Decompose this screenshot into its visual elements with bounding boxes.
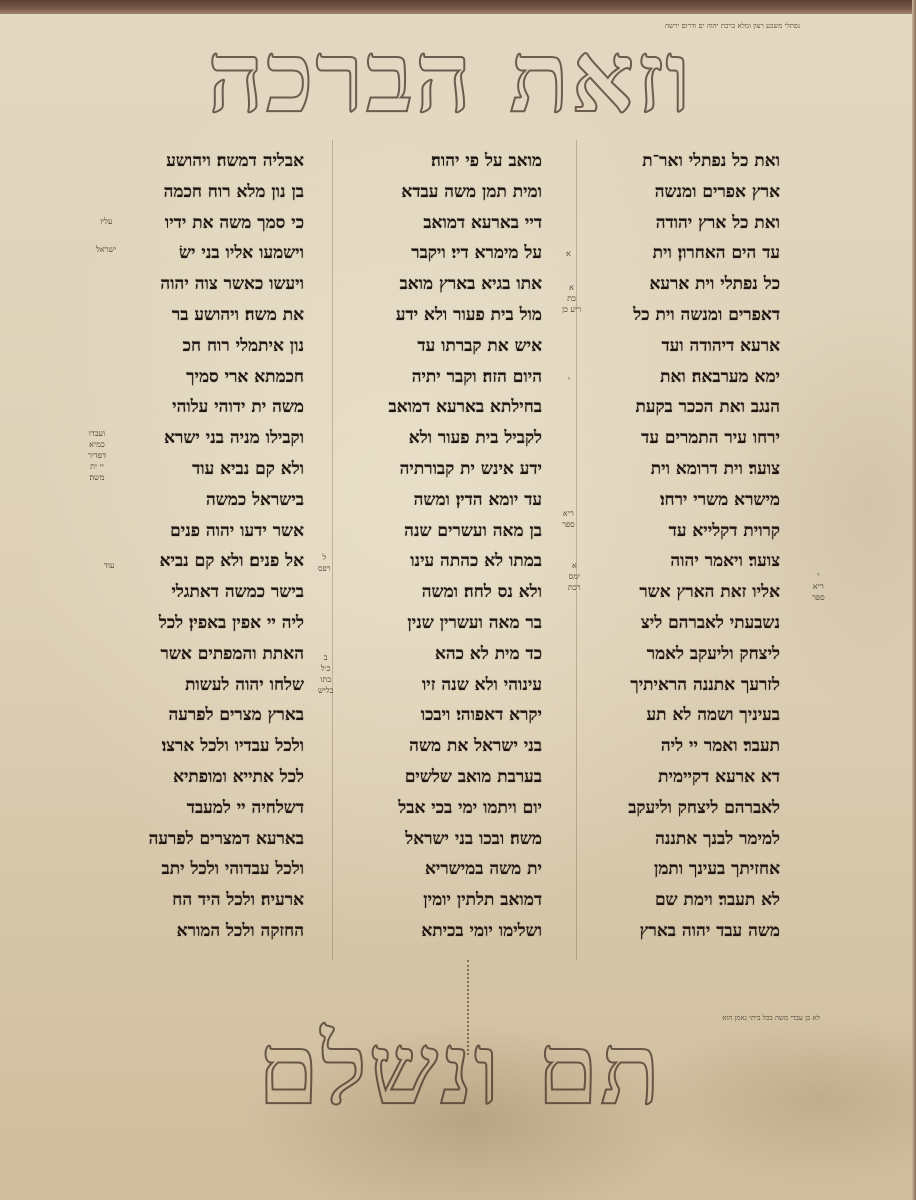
text-line: מול בית פעור ולא ידע bbox=[362, 300, 542, 331]
text-column-left: אבליה דמשה׃ ויהושע בן נון מלא רוח חכמה כ… bbox=[124, 146, 304, 947]
text-line: ארץ אפרים ומנשה bbox=[600, 177, 780, 208]
text-line: שלחו יהוה לעשות bbox=[124, 670, 304, 701]
masorah-note: א ימס רכת bbox=[568, 560, 581, 593]
note-text: ריא bbox=[562, 508, 575, 519]
ruling-line bbox=[576, 140, 577, 960]
text-line: דאפרים ומנשה וית כל bbox=[600, 300, 780, 331]
note-text: ספר bbox=[562, 519, 575, 530]
note-text: י bbox=[812, 570, 825, 581]
text-line: בני ישראל את משה bbox=[362, 731, 542, 762]
note-text: רכת bbox=[568, 582, 581, 593]
text-line: דא ארעא דקיימית bbox=[600, 762, 780, 793]
text-line: יום ויתמו ימי בכי אבל bbox=[362, 793, 542, 824]
text-line: עד יומא הדין׃ ומשה bbox=[362, 485, 542, 516]
micrography-letters: תם ונשלם bbox=[90, 1010, 830, 1130]
text-line: דמואב תלתין יומין bbox=[362, 885, 542, 916]
text-line: דיי בארעא דמואב bbox=[362, 208, 542, 239]
text-line: אחזיתך בעינך ותמן bbox=[600, 854, 780, 885]
text-line: על מימרא דיי׃ ויקבר bbox=[362, 238, 542, 269]
micrography-letters: וזאת הברכה bbox=[90, 18, 810, 138]
top-micrography: וזאת הברכה נפתלי משבע רצון ומלא ברכת יהו… bbox=[90, 18, 810, 138]
text-line: ולכל עבדוהי ולכל יתב bbox=[124, 854, 304, 885]
masorah-note: א כת ריע כן bbox=[562, 282, 581, 315]
text-line: בישראל כמשה bbox=[124, 485, 304, 516]
text-line: היום הזה׃ וקבר יתיה bbox=[362, 362, 542, 393]
note-text: ימס bbox=[568, 571, 581, 582]
note-text: דפדיר bbox=[88, 450, 106, 461]
masorah-note: י bbox=[568, 374, 570, 385]
text-line: אליו זאת הארץ אשר bbox=[600, 577, 780, 608]
text-line: ארעיה׃ ולכל היד הח bbox=[124, 885, 304, 916]
text-line: למימר לבנך אתננה bbox=[600, 824, 780, 855]
note-text: כת bbox=[562, 293, 581, 304]
note-text: א bbox=[568, 560, 581, 571]
note-text: ל bbox=[318, 552, 331, 563]
binding-edge-top bbox=[0, 0, 916, 14]
text-line: משה׃ ובכו בני ישראל bbox=[362, 824, 542, 855]
ruling-line bbox=[332, 140, 333, 960]
masorah-note: ישראל bbox=[96, 244, 116, 255]
text-line: בן נון מלא רוח חכמה bbox=[124, 177, 304, 208]
text-line: לזרעך אתננה הראיתיך bbox=[600, 670, 780, 701]
text-line: כל נפתלי וית ארעא bbox=[600, 269, 780, 300]
note-text: יי ית bbox=[88, 461, 106, 472]
text-line: ומית תמן משה עבדא bbox=[362, 177, 542, 208]
text-line: לקביל בית פעור ולא bbox=[362, 423, 542, 454]
text-line: ירחו עיר התמרים עד bbox=[600, 423, 780, 454]
masorah-note: עוד bbox=[104, 560, 114, 571]
text-line: בישר כמשה דאתגלי bbox=[124, 577, 304, 608]
text-line: הנגב ואת הככר בקעת bbox=[600, 392, 780, 423]
text-line: לא תעבר׃ וימת שם bbox=[600, 885, 780, 916]
text-line: חכמתא ארי סמיך bbox=[124, 362, 304, 393]
note-text: ריע כן bbox=[562, 304, 581, 315]
text-line: עד הים האחרון׃ וית bbox=[600, 238, 780, 269]
text-line: ארעא דיהודה ועד bbox=[600, 331, 780, 362]
text-line: צוער׃ וית דרומא וית bbox=[600, 454, 780, 485]
text-line: אבליה דמשה׃ ויהושע bbox=[124, 146, 304, 177]
text-line: בחילתא בארעא דמואב bbox=[362, 392, 542, 423]
text-line: במתו לא כהתה עינו bbox=[362, 546, 542, 577]
text-line: קרוית דקלייא עד bbox=[600, 516, 780, 547]
text-line: ולא קם נביא עוד bbox=[124, 454, 304, 485]
masorah-note: ל רפס bbox=[318, 552, 331, 574]
bottom-micrography: תם ונשלם לא כן עבדי משה בכל ביתי נאמן הו… bbox=[90, 1010, 830, 1140]
text-line: נשבעתי לאברהם ליצ bbox=[600, 608, 780, 639]
text-line: ליה יי אפין באפין׃ לכל bbox=[124, 608, 304, 639]
text-line: בארעא דמצרים לפרעה bbox=[124, 824, 304, 855]
micrography-caption: לא כן עבדי משה בכל ביתי נאמן הוא bbox=[722, 1014, 820, 1022]
text-line: צוער׃ ויאמר יהוה bbox=[600, 546, 780, 577]
text-line: ידע אינש ית קבורתיה bbox=[362, 454, 542, 485]
text-line: אתו בגיא בארץ מואב bbox=[362, 269, 542, 300]
note-text: ספר bbox=[812, 592, 825, 603]
masorah-note: עליו bbox=[100, 216, 112, 227]
masorah-note: ועבדו כמיא דפדיר יי ית משה׃ bbox=[88, 428, 106, 483]
text-line: האתת והמפתים אשר bbox=[124, 639, 304, 670]
text-line: כי סמך משה את ידיו bbox=[124, 208, 304, 239]
masorah-note: י ריא ספר bbox=[812, 570, 825, 603]
text-line: בר מאה ועשרין שנין bbox=[362, 608, 542, 639]
text-line: מואב על פי יהוה׃ bbox=[362, 146, 542, 177]
text-line: את משה׃ ויהושע בר bbox=[124, 300, 304, 331]
text-line: נון איתמלי רוח חכ bbox=[124, 331, 304, 362]
text-line: החזקה ולכל המורא bbox=[124, 916, 304, 947]
note-text: ועבדו bbox=[88, 428, 106, 439]
note-text: משה׃ bbox=[88, 472, 106, 483]
manuscript-page: וזאת הברכה נפתלי משבע רצון ומלא ברכת יהו… bbox=[0, 0, 916, 1200]
text-line: ליצחק וליעקב לאמר bbox=[600, 639, 780, 670]
text-line: ושלימו יומי בכיתא bbox=[362, 916, 542, 947]
note-text: ריא bbox=[812, 581, 825, 592]
masorah-note: א bbox=[566, 248, 571, 259]
text-line: וישמעו אליו בני ישׂ bbox=[124, 238, 304, 269]
text-line: ויעשו כאשר צוה יהוה bbox=[124, 269, 304, 300]
text-line: תעבר׃ ואמר יי ליה bbox=[600, 731, 780, 762]
text-line: כד מית לא כהא bbox=[362, 639, 542, 670]
note-text: א bbox=[562, 282, 581, 293]
note-text: כמיא bbox=[88, 439, 106, 450]
text-line: לאברהם ליצחק וליעקב bbox=[600, 793, 780, 824]
text-line: אל פנים׃ ולא קם נביא bbox=[124, 546, 304, 577]
text-line: איש את קברתו עד bbox=[362, 331, 542, 362]
text-line: בעיניך ושמה לא תע bbox=[600, 700, 780, 731]
text-column-middle: מואב על פי יהוה׃ ומית תמן משה עבדא דיי ב… bbox=[362, 146, 542, 947]
text-line: ית משה במישריא bbox=[362, 854, 542, 885]
text-line: וקבילו מניה בני ישרא bbox=[124, 423, 304, 454]
text-line: ולא נס לחה׃ ומשה bbox=[362, 577, 542, 608]
text-line: ואת כל נפתלי ואר־ת bbox=[600, 146, 780, 177]
text-line: משה עבד יהוה בארץ bbox=[600, 916, 780, 947]
note-text: רפס bbox=[318, 563, 331, 574]
text-line: ואת כל ארץ יהודה bbox=[600, 208, 780, 239]
page-edge-right bbox=[912, 0, 916, 1200]
text-line: בן מאה ועשרים שנה bbox=[362, 516, 542, 547]
text-line: משה ית ידוהי עלוהי bbox=[124, 392, 304, 423]
text-line: בארץ מצרים לפרעה bbox=[124, 700, 304, 731]
text-line: בערבת מואב שלשים bbox=[362, 762, 542, 793]
text-line: ימא מערבאה׃ ואת bbox=[600, 362, 780, 393]
text-line: יקרא דאפוהי׃ ויבכו bbox=[362, 700, 542, 731]
micrography-caption: נפתלי משבע רצון ומלא ברכת יהוה ים ודרום … bbox=[665, 22, 800, 30]
text-column-right: ואת כל נפתלי ואר־ת ארץ אפרים ומנשה ואת כ… bbox=[600, 146, 780, 947]
text-line: מישרא משרי ירחו׃ bbox=[600, 485, 780, 516]
masorah-note: ריא ספר bbox=[562, 508, 575, 530]
text-line: עינוהי ולא שנה זיו bbox=[362, 670, 542, 701]
text-line: דשלחיה יי למעבד bbox=[124, 793, 304, 824]
text-line: אשר ידעו יהוה פנים bbox=[124, 516, 304, 547]
text-line: לכל אתייא ומופתיא bbox=[124, 762, 304, 793]
text-line: ולכל עבדיו ולכל ארצו׃ bbox=[124, 731, 304, 762]
